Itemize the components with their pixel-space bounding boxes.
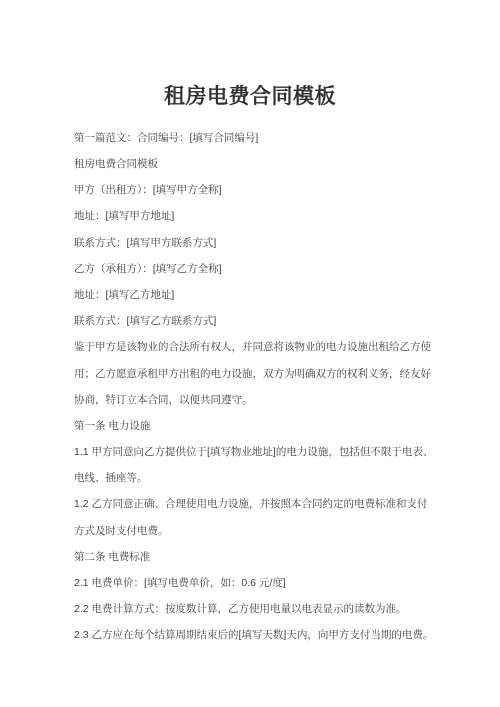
line-clause-1-2a: 1.2 乙方同意正确、合理使用电力设施，并按照本合同约定的电费标准和支付: [74, 492, 440, 518]
line-clause-1-1a: 1.1 甲方同意向乙方提供位于[填写物业地址]的电力设施，包括但不限于电表、: [74, 439, 440, 465]
line-preamble-3: 协商，特订立本合同，以便共同遵守。: [74, 387, 440, 413]
document-page: 租房电费合同模板 第一篇范文：合同编号：[填写合同编号] 租房电费合同模板 甲方…: [0, 0, 500, 707]
line-clause-2-3: 2.3 乙方应在每个结算周期结束后的[填写天数]天内，向甲方支付当期的电费。: [74, 623, 440, 649]
line-preamble-2: 用；乙方愿意承租甲方出租的电力设施，双方为明确双方的权利义务，经友好: [74, 361, 440, 387]
line-party-a-address: 地址：[填写甲方地址]: [74, 204, 440, 230]
line-party-a-contact: 联系方式：[填写甲方联系方式]: [74, 230, 440, 256]
line-party-b-address: 地址：[填写乙方地址]: [74, 282, 440, 308]
line-clause-1-1b: 电线、插座等。: [74, 465, 440, 491]
line-clause-2-2: 2.2 电费计算方式：按度数计算，乙方使用电量以电表显示的读数为准。: [74, 596, 440, 622]
line-subtitle: 租房电费合同模板: [74, 151, 440, 177]
line-contract-number: 第一篇范文：合同编号：[填写合同编号]: [74, 125, 440, 151]
line-party-b: 乙方（承租方）：[填写乙方全称]: [74, 256, 440, 282]
line-party-b-contact: 联系方式：[填写乙方联系方式]: [74, 308, 440, 334]
line-party-a: 甲方（出租方）：[填写甲方全称]: [74, 177, 440, 203]
line-clause-2-1: 2.1 电费单价：[填写电费单价，如：0.6 元/度]: [74, 570, 440, 596]
line-article-1-heading: 第一条 电力设施: [74, 413, 440, 439]
document-title: 租房电费合同模板: [0, 82, 500, 112]
document-body: 第一篇范文：合同编号：[填写合同编号] 租房电费合同模板 甲方（出租方）：[填写…: [74, 125, 440, 649]
line-clause-1-2b: 方式及时支付电费。: [74, 518, 440, 544]
line-article-2-heading: 第二条 电费标准: [74, 544, 440, 570]
line-preamble-1: 鉴于甲方是该物业的合法所有权人，并同意将该物业的电力设施出租给乙方使: [74, 335, 440, 361]
